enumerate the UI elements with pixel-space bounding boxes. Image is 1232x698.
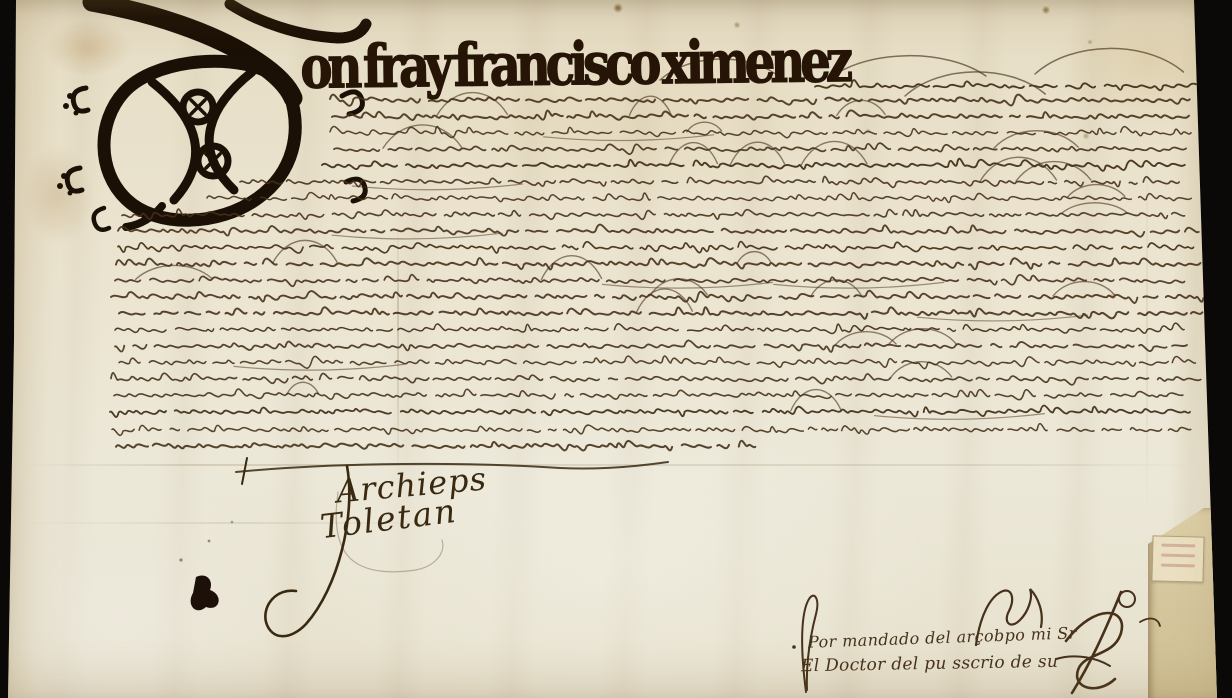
parchment-sheet: on fray francisco ximenez Archieps Tolet… (0, 0, 1232, 698)
manuscript-photo: on fray francisco ximenez Archieps Tolet… (0, 0, 1232, 698)
edge-vignette (0, 0, 1232, 698)
